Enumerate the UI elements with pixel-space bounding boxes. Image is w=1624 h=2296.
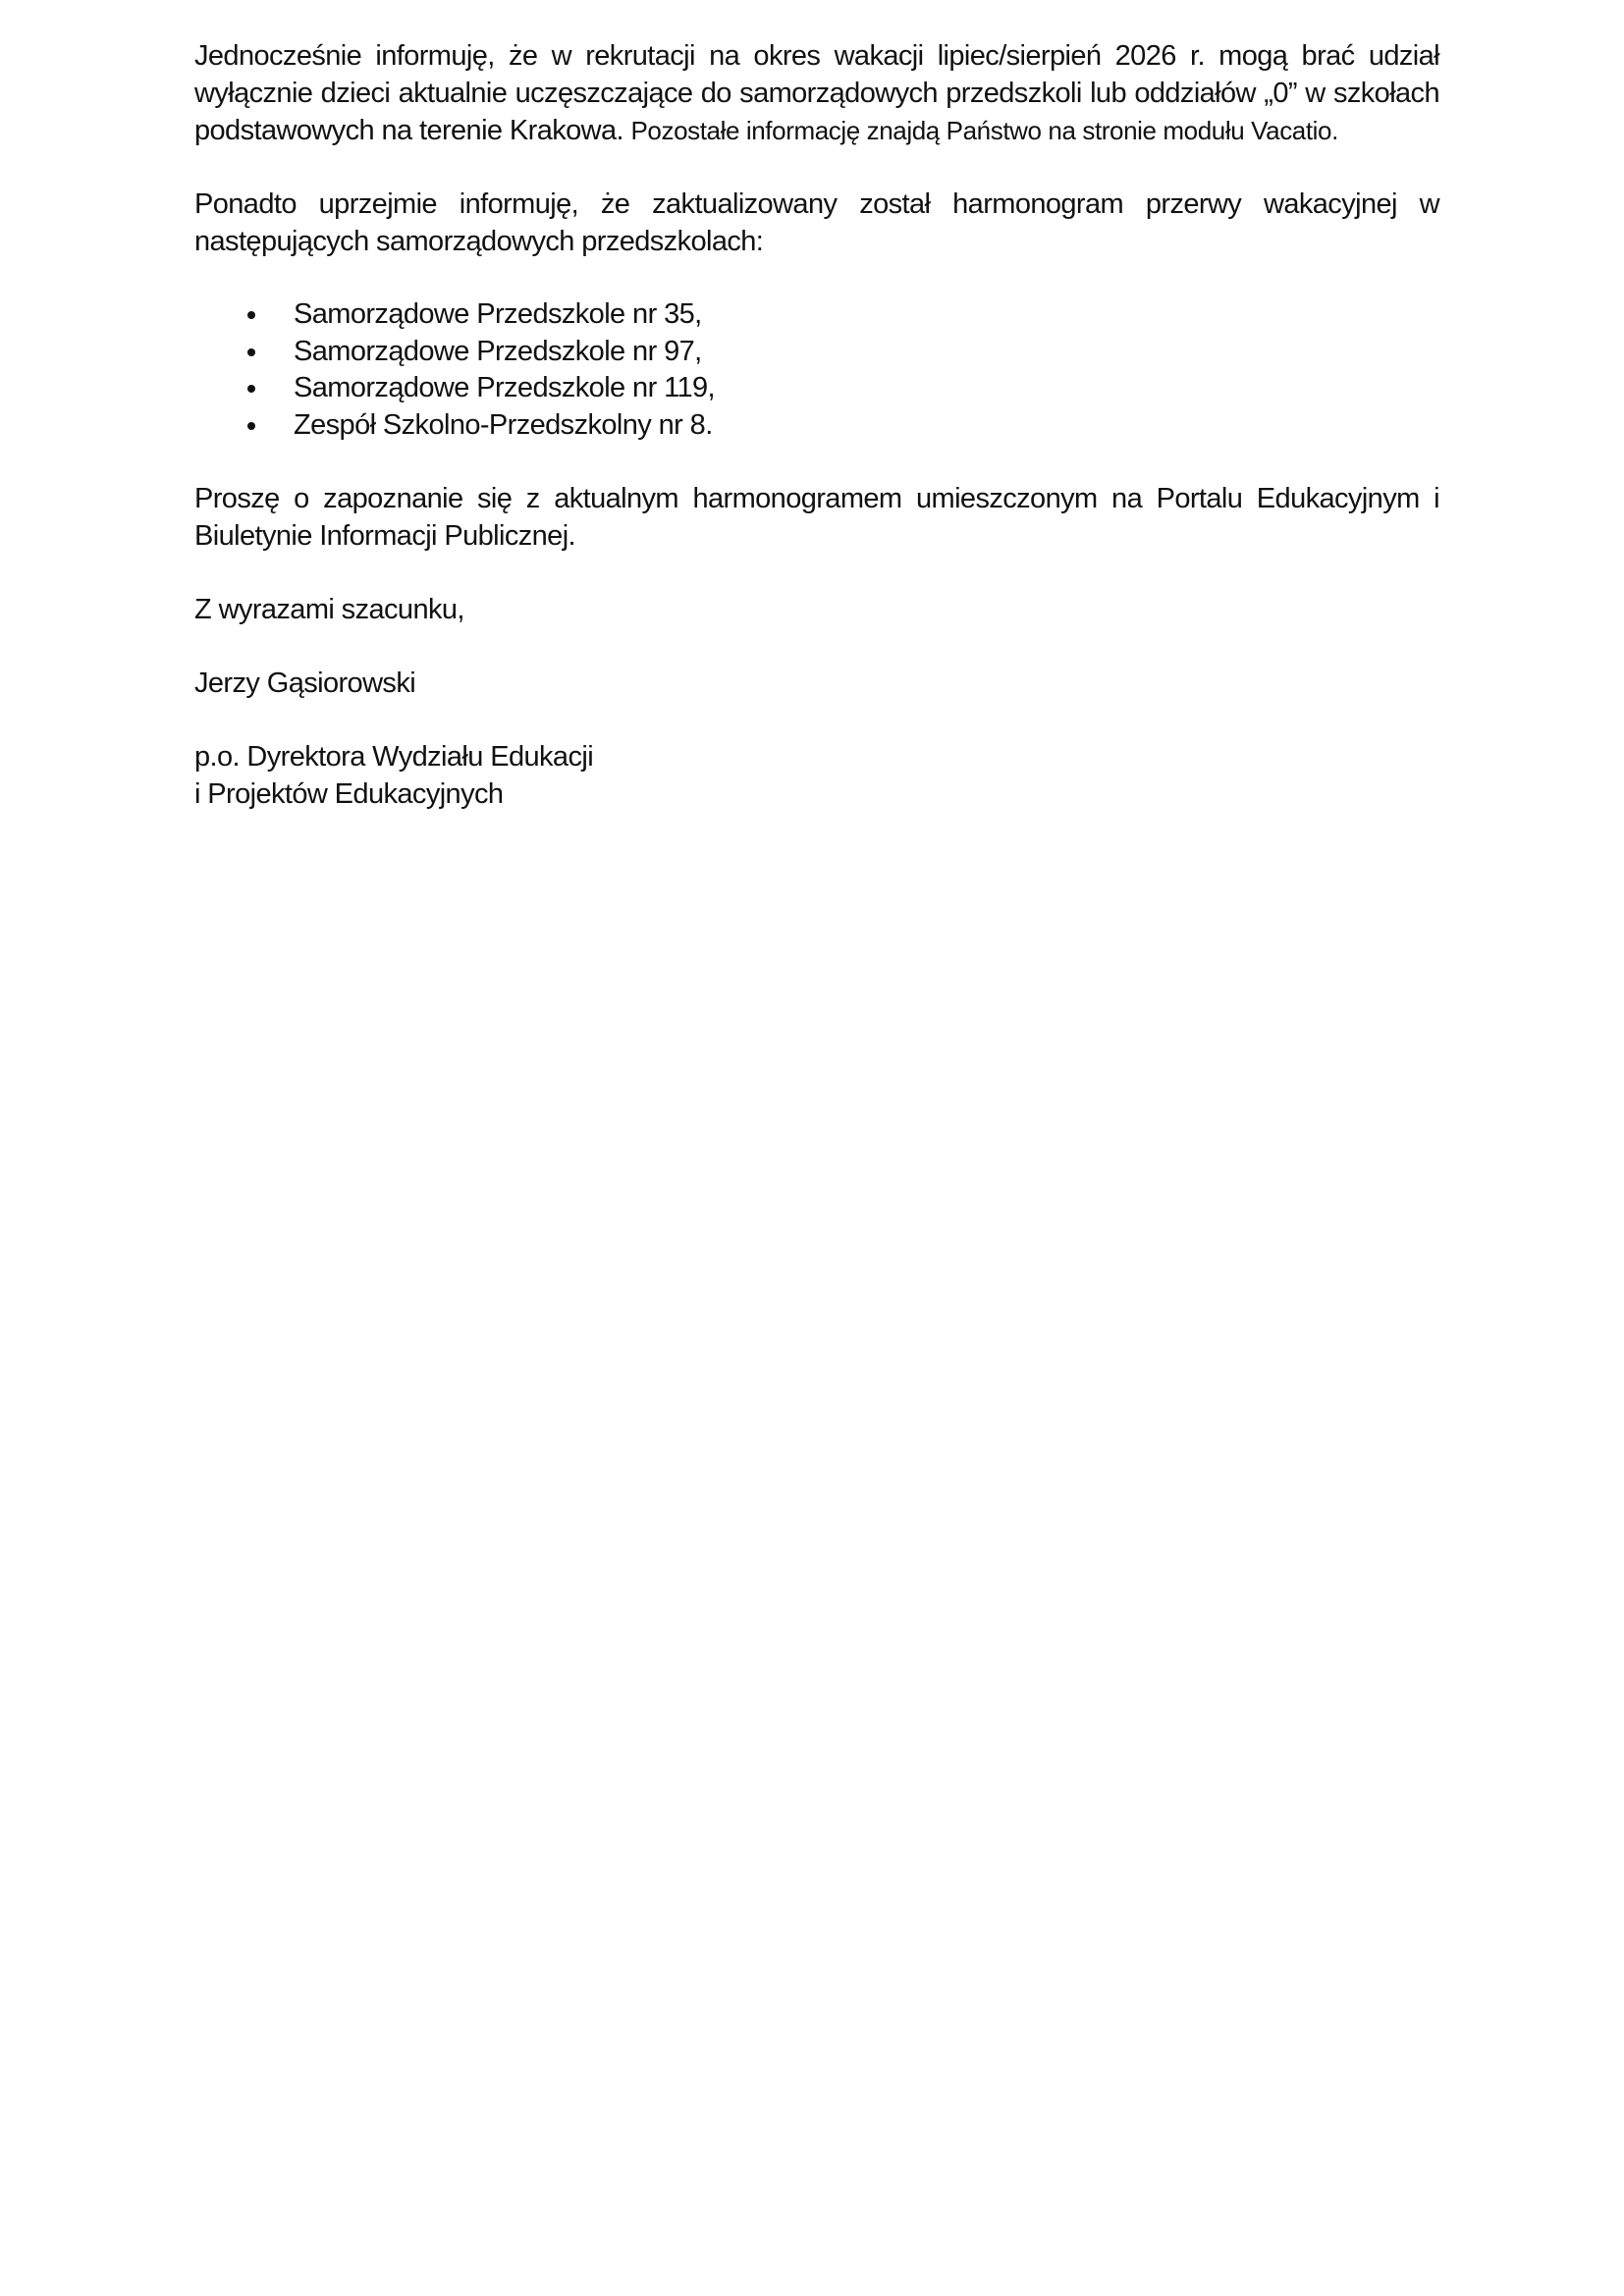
list-item: Samorządowe Przedszkole nr 97, xyxy=(194,334,1439,371)
list-item: Zespół Szkolno-Przedszkolny nr 8. xyxy=(194,407,1439,445)
schedule-update-paragraph: Ponadto uprzejmie informuję, że zaktuali… xyxy=(194,186,1439,260)
paragraph-spacer xyxy=(194,260,1439,296)
school-name: Samorządowe Przedszkole nr 97, xyxy=(294,336,702,367)
signature-title-line-2: i Projektów Edukacyjnych xyxy=(194,775,1439,813)
school-name: Zespół Szkolno-Przedszkolny nr 8. xyxy=(294,409,713,441)
paragraph-spacer xyxy=(194,149,1439,186)
paragraph-spacer xyxy=(194,444,1439,480)
bullet-icon xyxy=(247,348,255,356)
paragraph-spacer xyxy=(194,555,1439,591)
document-page: Jednocześnie informuję, że w rekrutacji … xyxy=(194,37,1439,813)
bullet-icon xyxy=(247,311,255,319)
vacatio-info-text: Pozostałe informację znajdą Państwo na s… xyxy=(630,116,1337,145)
closing-salutation: Z wyrazami szacunku, xyxy=(194,591,1439,628)
signature-name: Jerzy Gąsiorowski xyxy=(194,665,1439,702)
paragraph-spacer xyxy=(194,628,1439,665)
bullet-icon xyxy=(247,422,255,430)
list-item: Samorządowe Przedszkole nr 35, xyxy=(194,296,1439,334)
paragraph-spacer xyxy=(194,702,1439,738)
bullet-icon xyxy=(247,385,255,393)
school-name: Samorządowe Przedszkole nr 35, xyxy=(294,298,702,330)
list-item: Samorządowe Przedszkole nr 119, xyxy=(194,370,1439,407)
school-name: Samorządowe Przedszkole nr 119, xyxy=(294,372,715,403)
signature-title-line-1: p.o. Dyrektora Wydziału Edukacji xyxy=(194,738,1439,775)
harmonogram-info-paragraph: Proszę o zapoznanie się z aktualnym harm… xyxy=(194,480,1439,555)
recruitment-paragraph: Jednocześnie informuję, że w rekrutacji … xyxy=(194,37,1439,149)
school-list: Samorządowe Przedszkole nr 35, Samorządo… xyxy=(194,296,1439,444)
